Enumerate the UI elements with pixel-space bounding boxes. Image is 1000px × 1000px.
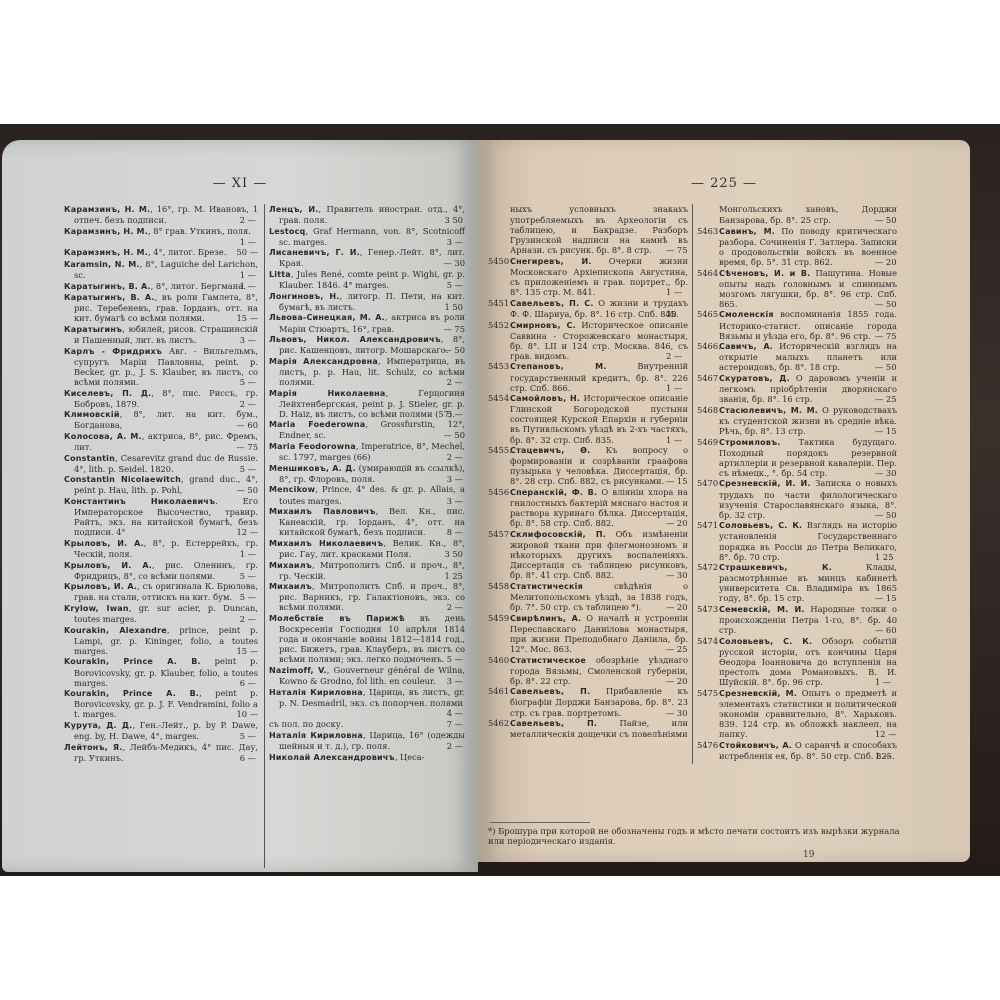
catalog-entry: Карлъ - Фридрихъ Авг. - Вильгельмъ, супр…	[64, 346, 258, 387]
entry-heading: Карамзинъ, Н. М.	[64, 205, 150, 214]
catalog-entry: 5461Савельевъ, П. Прибавленіе къ біограф…	[488, 686, 688, 717]
entry-number: 5465	[697, 309, 719, 319]
entry-heading: Krylow, Iwan	[64, 604, 129, 613]
entry-heading: Львовъ, Никол. Александровичъ	[269, 335, 441, 344]
entry-number: 5459	[488, 613, 510, 623]
entry-heading: Сперанскій, Ф. В.	[510, 488, 597, 497]
entry-number: 5454	[488, 393, 510, 403]
catalog-entry: Maria Feodorowna, Imperatrice, 8°, Meche…	[269, 441, 465, 462]
entry-number: 5472	[697, 562, 719, 572]
entry-heading: Константинъ Николаевичъ	[64, 497, 215, 506]
entry-price: — 30	[454, 258, 466, 268]
entry-heading: Крыловъ, И. А.	[64, 539, 144, 548]
catalog-entry: 5460Статистическое обозрѣніе уѣзднаго го…	[488, 655, 688, 686]
entry-price: 3 —	[457, 237, 465, 247]
catalog-entry: Карамзинъ, Н. М., 16°, гр. М. Ивановъ, 1…	[64, 204, 258, 225]
entry-price: 2 —	[250, 399, 258, 409]
left-column-1: Карамзинъ, Н. М., 16°, гр. М. Ивановъ, 1…	[64, 204, 258, 763]
entry-heading: Статистическое	[510, 656, 586, 665]
entry-description: , 4°, литог. Брезе.	[148, 247, 226, 257]
entry-heading: Наталія Кириловна	[269, 688, 363, 697]
catalog-entry: Михаилъ Павловичъ, Вел. Кн., пис. Каневс…	[269, 506, 465, 537]
catalog-entry: 5470Срезневскій, И. И. Записка о новыхъ …	[697, 478, 897, 519]
catalog-entry: Львовъ, Никол. Александровичъ, 8°, рис. …	[269, 334, 465, 355]
entry-price: 2 —	[457, 741, 465, 751]
catalog-entry: 5457Склифосовскій, П. Объ измѣненіи жиро…	[488, 529, 688, 580]
entry-heading: Соловьевъ, С. К.	[719, 637, 812, 646]
catalog-entry: Крыловъ, И. А., рис. Оленинъ, гр. Фридри…	[64, 560, 258, 581]
entry-number: 5452	[488, 320, 510, 330]
right-page: — 225 — ныхъ условныхъ знакахъ употребля…	[478, 140, 970, 862]
entry-heading: Каратыгинъ, В. А.	[64, 293, 155, 302]
entry-description: ныхъ условныхъ знакахъ употребляемыхъ въ…	[510, 204, 688, 255]
catalog-entry: 5459Свирѣлинъ, А. О началѣ и устроеніи П…	[488, 613, 688, 654]
entry-number: 5455.	[488, 445, 510, 455]
entry-price: 2 —	[250, 614, 258, 624]
entry-number: 5468	[697, 405, 719, 415]
entry-heading: Kourakin, Alexandre	[64, 626, 167, 635]
entry-heading: Срезневскій, М.	[719, 689, 797, 698]
catalog-entry: Монгольскихъ хановъ, Дорджи Банзарова, б…	[697, 204, 897, 225]
entry-price: — 75	[247, 442, 259, 452]
catalog-entry: Киселевъ, П. Д., 8°, пис. Риссъ, гр. Боб…	[64, 388, 258, 409]
entry-heading: Николай Александровичъ	[269, 753, 395, 762]
entry-heading: Стацевичъ, Ѳ.	[510, 446, 590, 455]
entry-heading: Молебствіе въ Парижѣ	[269, 614, 405, 623]
entry-heading: Стойковичъ, А.	[719, 741, 792, 750]
entry-heading: Mencikow	[269, 485, 315, 494]
entry-heading: Михаилъ	[269, 582, 312, 591]
entry-price: — 75	[454, 324, 466, 334]
entry-price: — 50	[247, 485, 259, 495]
entry-number: 5462	[488, 718, 510, 728]
entry-number: 5469	[697, 437, 719, 447]
catalog-entry: 5467Скуратовъ, Д. О даровомъ ученіи и ле…	[697, 373, 897, 404]
catalog-entry: Lestocq, Graf Hermann, von. 8°, Scotnico…	[269, 226, 465, 247]
entry-description: , Jules René, comte peint p. Wighi, gr. …	[279, 269, 465, 290]
entry-heading: Смоленскія	[719, 310, 774, 319]
entry-heading: Михаилъ	[269, 561, 312, 570]
entry-description: , Цеса-	[395, 752, 425, 762]
entry-heading: Сѣченовъ, И. и В.	[719, 269, 810, 278]
entry-number: 5451	[488, 298, 510, 308]
entry-heading: Каратыгинъ	[64, 325, 122, 334]
catalog-entry: Константинъ Николаевичъ. Его Императорск…	[64, 496, 258, 537]
entry-heading: Снегиревъ, И.	[510, 257, 592, 266]
entry-price: 15 —	[247, 646, 259, 656]
footnote: *) Брошура при которой не обозначены год…	[488, 826, 908, 846]
catalog-entry: Наталія Кириловна, Царица, въ листъ, gr.…	[269, 687, 465, 718]
catalog-entry: Kourakin, Prince A. B. peint p. Borovico…	[64, 656, 258, 687]
entry-number: 5471	[697, 520, 719, 530]
entry-heading: Лисаневичъ, Г. И.	[269, 248, 360, 257]
catalog-entry: Марія Николаевна, Герцогиня Лейхтенбергс…	[269, 388, 465, 419]
catalog-entry: Litta, Jules René, comte peint p. Wighi,…	[269, 269, 465, 290]
catalog-entry: 5462Савельевъ, П. Пайзе, или металлическ…	[488, 718, 688, 739]
entry-number: 5464	[697, 268, 719, 278]
entry-number: 5457	[488, 529, 510, 539]
catalog-entry: Михаилъ, Митрополитъ Спб. и проч., 8°, г…	[269, 560, 465, 581]
signature-mark: 19	[803, 850, 814, 860]
entry-price: 8 —	[457, 527, 465, 537]
entry-heading: Львова-Синецкая, М. А.	[269, 313, 385, 322]
right-page-number: — 225 —	[478, 176, 970, 191]
entry-price: 3 —	[457, 676, 465, 686]
catalog-entry: 5473Семевскій, М. И. Народные толки о пр…	[697, 604, 897, 635]
entry-heading: Свирѣлинъ, А.	[510, 614, 581, 623]
catalog-entry: 5452Смирновъ, С. Историческое описаніе С…	[488, 320, 688, 361]
entry-number: 5460	[488, 655, 510, 665]
entry-price: 1 50	[454, 302, 465, 312]
entry-price: — 50	[454, 345, 466, 355]
entry-heading: Курута, Д. Д.	[64, 721, 132, 730]
catalog-entry: Ленцъ, И., Правитель иностран. отд., 4°,…	[269, 204, 465, 225]
catalog-entry: 5474Соловьевъ, С. К. Обзоръ событій русс…	[697, 636, 897, 687]
catalog-entry: 5465Смоленскія воспоминанія 1855 года. И…	[697, 309, 897, 340]
entry-heading: Карамзинъ, Н. М.	[64, 248, 148, 257]
catalog-entry: 5451Савельевъ, П. С. О жизни и трудахъ Ф…	[488, 298, 688, 319]
entry-price: 1 —	[250, 549, 258, 559]
catalog-entry: Лисаневичъ, Г. И., Генер.-Лейт. 8°, лит.…	[269, 247, 465, 268]
catalog-entry: 5454Самойловъ, Н. Историческое описаніе …	[488, 393, 688, 444]
catalog-entry: Лонгиновъ, Н., литогр. П. Пети, на кит. …	[269, 291, 465, 312]
entry-heading: Maria Foederowna	[269, 420, 365, 429]
entry-price: 4 —	[457, 708, 465, 718]
catalog-entry: Михаилъ Николаевичъ, Велик. Кн., 8°, рис…	[269, 538, 465, 559]
entry-heading: Litta	[269, 270, 291, 279]
entry-heading: Ленцъ, И.	[269, 205, 319, 214]
entry-price: 1 —	[250, 281, 258, 291]
entry-heading: Constantin	[64, 454, 115, 463]
entry-heading: Карамзинъ, Н. М.	[64, 227, 148, 236]
footnote-divider	[490, 822, 590, 823]
entry-heading: Савичъ, А.	[719, 342, 773, 351]
catalog-entry: ныхъ условныхъ знакахъ употребляемыхъ въ…	[488, 204, 688, 255]
catalog-entry: Николай Александровичъ, Цеса-	[269, 752, 465, 763]
entry-heading: Климовскій	[64, 410, 120, 419]
entry-heading: Семевскій, М. И.	[719, 605, 805, 614]
entry-price: 1 —	[250, 270, 258, 280]
entry-number: 5456	[488, 487, 510, 497]
catalog-entry: Наталія Кириловна, Царица, 16° (одежды ш…	[269, 730, 465, 751]
entry-number: 5474	[697, 636, 719, 646]
left-column-2: Ленцъ, И., Правитель иностран. отд., 4°,…	[264, 204, 465, 868]
entry-number: 5461	[488, 686, 510, 696]
entry-price: 12 —	[247, 527, 259, 537]
entry-number: 5458	[488, 581, 510, 591]
entry-number: 5463	[697, 226, 719, 236]
catalog-entry: Constantin, Cesarevitz grand duc de Russ…	[64, 453, 258, 474]
entry-description: съ пол. по доску.	[269, 719, 343, 729]
entry-price: 5 —	[457, 280, 465, 290]
entry-price: 5 —	[250, 731, 258, 741]
entry-heading: Колосова, А. М.	[64, 432, 142, 441]
entry-price: 5 —	[457, 409, 465, 419]
catalog-entry: 5469Стромиловъ. Тактика будущаго. Походн…	[697, 437, 897, 478]
catalog-entry: Kourakin, Prince A. B., peint p. Borovic…	[64, 688, 258, 719]
catalog-entry: Львова-Синецкая, М. А., актриса въ роли …	[269, 312, 465, 333]
entry-heading: Крыловъ, И. А.	[64, 561, 152, 570]
entry-heading: Савельевъ, П.	[510, 719, 597, 728]
catalog-entry: Колосова, А. М., актриса, 8°, рис. Фремъ…	[64, 431, 258, 452]
catalog-entry: 5464Сѣченовъ, И. и В. Пашутина. Новые оп…	[697, 268, 897, 309]
entry-price: 3 50	[454, 549, 465, 559]
catalog-entry: Krylow, Iwan, gr. sur acier, p. Duncan, …	[64, 603, 258, 624]
entry-number: 5476	[697, 740, 719, 750]
entry-price: 50 —	[247, 247, 259, 257]
entry-number: 5453	[488, 361, 510, 371]
catalog-entry: 5466.Савичъ, А. Историческій взглядъ на …	[697, 341, 897, 372]
catalog-entry: Карамзинъ, Н. М., 8° грав. Уткинъ, поля.…	[64, 226, 258, 247]
entry-price: 2 —	[250, 215, 258, 225]
entry-heading: Соловьевъ, С. К.	[719, 521, 802, 530]
entry-heading: Maria Feodorowna	[269, 442, 356, 451]
entry-heading: Савинъ, М.	[719, 227, 775, 236]
entry-heading: Степановъ, М.	[510, 362, 607, 371]
catalog-entry: Каратыгинъ, В. А., 8°, литог. Бергмана.1…	[64, 281, 258, 292]
catalog-entry: 5456Сперанскій, Ф. В. О вліяніи хлора на…	[488, 487, 688, 528]
entry-number: 5467	[697, 373, 719, 383]
entry-heading: Kourakin, Prince A. B.	[64, 689, 199, 698]
catalog-entry: 5458Статистическія свѣдѣнія о Мелитополь…	[488, 581, 688, 612]
entry-heading: Склифосовскій, П.	[510, 530, 606, 539]
entry-heading: Срезневскій, И. И.	[719, 479, 811, 488]
entry-heading: Марія Александровна	[269, 357, 378, 366]
entry-description: Монгольскихъ хановъ, Дорджи Банзарова, б…	[719, 204, 897, 225]
entry-heading: Наталія Кириловна	[269, 731, 363, 740]
entry-heading: Стасюлевичъ, М. М.	[719, 406, 818, 415]
entry-price: 5 —	[250, 592, 258, 602]
entry-number: 5475	[697, 688, 719, 698]
entry-number: 5470	[697, 478, 719, 488]
entry-price: 2 —	[457, 377, 465, 387]
catalog-entry: 5453Степановъ, М. Внутренній государстве…	[488, 361, 688, 392]
right-column-1: ныхъ условныхъ знакахъ употребляемыхъ въ…	[488, 204, 688, 740]
catalog-entry: Mencikow, Prince, 4° des. & gr. p. Allai…	[269, 484, 465, 505]
entry-description: , 8° грав. Уткинъ, поля.	[148, 226, 251, 236]
entry-price: 2 —	[457, 452, 465, 462]
entry-heading: Kourakin, Prince A. B.	[64, 657, 201, 666]
catalog-entry: 5463Савинъ, М. По поводу критическаго ра…	[697, 226, 897, 267]
entry-heading: Лейтонъ, Я.	[64, 743, 123, 752]
entry-price: 10 —	[247, 709, 259, 719]
catalog-entry: Михаилъ, Митрополитъ Спб. и проч., 8°, р…	[269, 581, 465, 612]
entry-heading: Karamsin, N. M.	[64, 260, 140, 269]
entry-price: 5 —	[250, 377, 258, 387]
catalog-entry: Maria Foederowna, Grossfurstin, 12°, End…	[269, 419, 465, 440]
catalog-entry: 5468Стасюлевичъ, М. М. О руководствахъ к…	[697, 405, 897, 436]
catalog-entry: Каратыгинъ, В. А., въ роли Гамлета, 8°, …	[64, 292, 258, 323]
entry-heading: Каратыгинъ, В. А.	[64, 282, 151, 291]
catalog-entry: Марія Александровна, Императрица, въ лис…	[269, 356, 465, 387]
entry-heading: Крыловъ, И. А.	[64, 582, 137, 591]
entry-heading: Киселевъ, П. Д.	[64, 389, 151, 398]
catalog-entry: 5450Снегиревъ, И. Очерки жизни Московска…	[488, 256, 688, 297]
entry-price: 15 —	[247, 313, 259, 323]
entry-heading: Самойловъ, Н.	[510, 394, 580, 403]
entry-price: 5 —	[250, 464, 258, 474]
entry-heading: Савельевъ, П.	[510, 687, 590, 696]
catalog-entry: 5472Страшкевичъ, К. Клады, разсмотрѣнные…	[697, 562, 897, 603]
catalog-entry: Меншиковъ, А. Д. (умирающій въ ссылкѣ), …	[269, 463, 465, 484]
entry-heading: Nazimoff, V.	[269, 666, 327, 675]
catalog-entry: 5476Стойковичъ, А. О саранчѣ и способахъ…	[697, 740, 897, 761]
entry-description: , Graf Hermann, von. 8°, Scotnicoff sc. …	[279, 226, 465, 247]
entry-number: 5450	[488, 256, 510, 266]
catalog-entry: Каратыгинъ, юбилей, рисов. Страшинскій и…	[64, 324, 258, 345]
entry-price: 3 —	[457, 474, 465, 484]
entry-number: 5466.	[697, 341, 719, 351]
left-page: — XI — Карамзинъ, Н. М., 16°, гр. М. Ива…	[2, 140, 478, 872]
entry-price: 5 —	[457, 654, 465, 664]
catalog-entry: Karamsin, N. M., 8°, Laguiche del Larich…	[64, 259, 258, 280]
entry-price: 5 —	[250, 571, 258, 581]
entry-heading: Стромиловъ.	[719, 438, 781, 447]
entry-price: 1 —	[250, 237, 258, 247]
entry-heading: Смирновъ, С.	[510, 321, 576, 330]
catalog-entry: Kourakin, Alexandre, prince, peint p. La…	[64, 625, 258, 656]
entry-heading: Савельевъ, П. С.	[510, 299, 594, 308]
entry-price: — 50	[454, 430, 466, 440]
entry-heading: Михаилъ Николаевичъ	[269, 539, 383, 548]
catalog-entry: Nazimoff, V., Gouverneur général de Wiln…	[269, 665, 465, 686]
entry-price: 1 25	[454, 571, 465, 581]
left-page-number: — XI —	[2, 176, 478, 191]
catalog-entry: Карамзинъ, Н. М., 4°, литог. Брезе.50 —	[64, 247, 258, 258]
entry-price: 6 —	[250, 678, 258, 688]
catalog-entry: 5471Соловьевъ, С. К. Взглядъ на исторію …	[697, 520, 897, 561]
entry-heading: Lestocq	[269, 227, 305, 236]
entry-description: , 8°, литог. Бергмана.	[151, 281, 246, 291]
catalog-entry: Молебствіе въ Парижѣ въ день Воскресенія…	[269, 613, 465, 664]
catalog-entry: Крыловъ, И. А., 8°, р. Естеррейхъ, гр. Ч…	[64, 538, 258, 559]
entry-heading: Карлъ - Фридрихъ	[64, 347, 162, 356]
entry-heading: Марія Николаевна	[269, 389, 385, 398]
entry-price: 7 —	[457, 719, 465, 729]
entry-number: 5473	[697, 604, 719, 614]
entry-heading: Меншиковъ, А. Д.	[269, 464, 356, 473]
catalog-entry: Курута, Д. Д., Ген.-Лейт., p. by P. Dawe…	[64, 720, 258, 741]
entry-price: 3 —	[250, 335, 258, 345]
catalog-entry: Крыловъ, И. А., съ оригинала К. Брюлова,…	[64, 581, 258, 602]
catalog-entry: 5475Срезневскій, М. Опытъ о предметѣ и э…	[697, 688, 897, 739]
entry-heading: Constantin Nicolaewitch	[64, 475, 181, 484]
entry-heading: Статистическія	[510, 582, 583, 591]
entry-price: — 60	[247, 420, 259, 430]
entry-heading: Страшкевичъ, К.	[719, 563, 832, 572]
catalog-entry: Constantin Nicolaewitch, grand duc., 4°,…	[64, 474, 258, 495]
entry-heading: Скуратовъ, Д.	[719, 374, 790, 383]
entry-price: 2 —	[457, 602, 465, 612]
entry-heading: Лонгиновъ, Н.	[269, 292, 339, 301]
entry-heading: Михаилъ Павловичъ	[269, 507, 376, 516]
catalog-entry: 5455.Стацевичъ, Ѳ. Къ вопросу о формиров…	[488, 445, 688, 486]
catalog-entry: съ пол. по доску.7 —	[269, 719, 465, 730]
catalog-entry: Климовскій, 8°, лит. на кит. бум., Богда…	[64, 409, 258, 430]
entry-price: 3 50	[454, 215, 465, 225]
entry-price: 6 —	[250, 753, 258, 763]
right-column-2: Монгольскихъ хановъ, Дорджи Банзарова, б…	[692, 204, 897, 764]
entry-price: 3 —	[457, 496, 465, 506]
catalog-entry: Лейтонъ, Я., Лейбъ-Медикъ, 4° пис. Дау, …	[64, 742, 258, 763]
